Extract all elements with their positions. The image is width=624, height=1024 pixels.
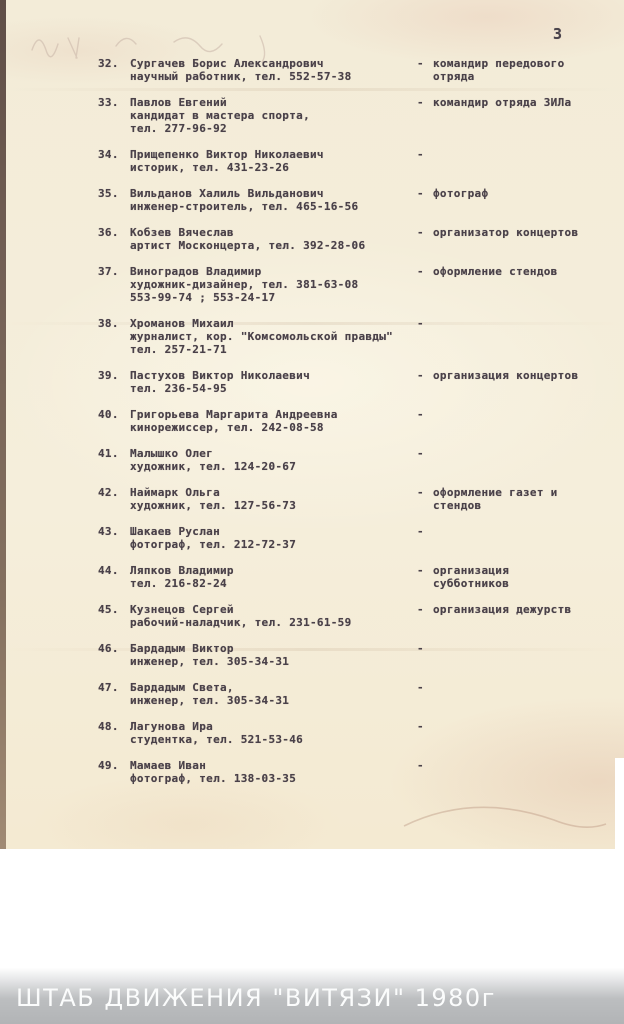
entry-dash: - — [417, 720, 433, 733]
entry-name: Мамаев Иван — [130, 759, 417, 772]
entry-number: 42. — [98, 486, 130, 499]
entry-person: Сургачев Борис Александрович научный раб… — [130, 57, 417, 83]
entry-number: 48. — [98, 720, 130, 733]
list-item: 44. Ляпков Владимир тел. 216-82-24 - орг… — [98, 564, 618, 590]
entry-number: 38. — [98, 317, 130, 330]
entry-detail: инженер-строитель, тел. 465-16-56 — [130, 200, 417, 213]
entry-role: фотограф — [433, 187, 591, 200]
list-item: 45. Кузнецов Сергей рабочий-наладчик, те… — [98, 603, 618, 629]
entry-person: Бардадым Виктор инженер, тел. 305-34-31 — [130, 642, 417, 668]
entry-number: 39. — [98, 369, 130, 382]
entry-dash: - — [417, 57, 433, 70]
entry-name: Бардадым Виктор — [130, 642, 417, 655]
list-item: 34. Прищепенко Виктор Николаевич историк… — [98, 148, 618, 174]
page-number: 3 — [553, 25, 562, 43]
entry-role: организатор концертов — [433, 226, 591, 239]
entry-number: 49. — [98, 759, 130, 772]
entry-name: Малышко Олег — [130, 447, 417, 460]
list-item: 37. Виноградов Владимир художник-дизайне… — [98, 265, 618, 304]
entry-number: 35. — [98, 187, 130, 200]
list-item: 38. Хроманов Михаил журналист, кор. "Ком… — [98, 317, 618, 356]
entry-dash: - — [417, 408, 433, 421]
list-item: 42. Наймарк Ольга художник, тел. 127-56-… — [98, 486, 618, 512]
entry-detail: художник-дизайнер, тел. 381-63-08 — [130, 278, 417, 291]
entry-detail: артист Москонцерта, тел. 392-28-06 — [130, 239, 417, 252]
entry-role: командир передового отряда — [433, 57, 591, 83]
entry-detail: фотограф, тел. 138-03-35 — [130, 772, 417, 785]
entry-number: 37. — [98, 265, 130, 278]
entry-dash: - — [417, 681, 433, 694]
entry-name: Кобзев Вячеслав — [130, 226, 417, 239]
entry-number: 44. — [98, 564, 130, 577]
entry-role: организация концертов — [433, 369, 591, 382]
entry-name: Сургачев Борис Александрович — [130, 57, 417, 70]
entry-person: Виноградов Владимир художник-дизайнер, т… — [130, 265, 417, 304]
caption-text: ШТАБ ДВИЖЕНИЯ "ВИТЯЗИ" 1980г — [16, 984, 624, 1012]
entry-dash: - — [417, 525, 433, 538]
entry-dash: - — [417, 447, 433, 460]
entry-dash: - — [417, 564, 433, 577]
entry-name: Ляпков Владимир — [130, 564, 417, 577]
entry-role: оформление стендов — [433, 265, 591, 278]
entry-dash: - — [417, 187, 433, 200]
photo-frame: 3 32. Сургачев Борис Александрович научн… — [0, 0, 624, 1024]
entry-name: Хроманов Михаил — [130, 317, 417, 330]
entry-role: командир отряда ЗИЛа — [433, 96, 591, 109]
entry-name: Бардадым Света, — [130, 681, 417, 694]
entry-name: Виноградов Владимир — [130, 265, 417, 278]
entry-detail: тел. 236-54-95 — [130, 382, 417, 395]
entry-detail: фотограф, тел. 212-72-37 — [130, 538, 417, 551]
entry-detail: художник, тел. 124-20-67 — [130, 460, 417, 473]
entry-name: Пастухов Виктор Николаевич — [130, 369, 417, 382]
entry-dash: - — [417, 226, 433, 239]
entry-name: Павлов Евгений — [130, 96, 417, 109]
entry-name: Прищепенко Виктор Николаевич — [130, 148, 417, 161]
list-item: 36. Кобзев Вячеслав артист Москонцерта, … — [98, 226, 618, 252]
entry-dash: - — [417, 317, 433, 330]
entry-person: Пастухов Виктор Николаевич тел. 236-54-9… — [130, 369, 417, 395]
entry-person: Бардадым Света, инженер, тел. 305-34-31 — [130, 681, 417, 707]
entry-person: Наймарк Ольга художник, тел. 127-56-73 — [130, 486, 417, 512]
entry-number: 46. — [98, 642, 130, 655]
entry-person: Павлов Евгений кандидат в мастера спорта… — [130, 96, 417, 135]
entry-detail: тел. 277-96-92 — [130, 122, 417, 135]
entry-name: Шакаев Руслан — [130, 525, 417, 538]
list-item: 40. Григорьева Маргарита Андреевна кинор… — [98, 408, 618, 434]
entry-person: Прищепенко Виктор Николаевич историк, те… — [130, 148, 417, 174]
entry-number: 47. — [98, 681, 130, 694]
entry-person: Малышко Олег художник, тел. 124-20-67 — [130, 447, 417, 473]
entry-number: 36. — [98, 226, 130, 239]
entry-name: Наймарк Ольга — [130, 486, 417, 499]
entry-person: Ляпков Владимир тел. 216-82-24 — [130, 564, 417, 590]
entry-detail: журналист, кор. "Комсомольской правды" — [130, 330, 417, 343]
entry-number: 43. — [98, 525, 130, 538]
list-item: 49. Мамаев Иван фотограф, тел. 138-03-35… — [98, 759, 618, 785]
entry-number: 32. — [98, 57, 130, 70]
paper-right-edge-gap — [615, 758, 624, 849]
list-item: 47. Бардадым Света, инженер, тел. 305-34… — [98, 681, 618, 707]
entry-number: 40. — [98, 408, 130, 421]
entry-person: Лагунова Ира студентка, тел. 521-53-46 — [130, 720, 417, 746]
entry-name: Лагунова Ира — [130, 720, 417, 733]
list-item: 35. Вильданов Халиль Вильданович инженер… — [98, 187, 618, 213]
entry-dash: - — [417, 486, 433, 499]
entry-detail: рабочий-наладчик, тел. 231-61-59 — [130, 616, 417, 629]
entry-dash: - — [417, 96, 433, 109]
entry-person: Григорьева Маргарита Андреевна кинорежис… — [130, 408, 417, 434]
list-item: 43. Шакаев Руслан фотограф, тел. 212-72-… — [98, 525, 618, 551]
entry-person: Вильданов Халиль Вильданович инженер-стр… — [130, 187, 417, 213]
list-item: 39. Пастухов Виктор Николаевич тел. 236-… — [98, 369, 618, 395]
entry-role: организация дежурств — [433, 603, 591, 616]
entry-person: Мамаев Иван фотограф, тел. 138-03-35 — [130, 759, 417, 785]
entry-dash: - — [417, 603, 433, 616]
entry-name: Григорьева Маргарита Андреевна — [130, 408, 417, 421]
entry-list: 32. Сургачев Борис Александрович научный… — [98, 57, 618, 798]
entry-number: 34. — [98, 148, 130, 161]
entry-detail: инженер, тел. 305-34-31 — [130, 694, 417, 707]
entry-detail: тел. 257-21-71 — [130, 343, 417, 356]
entry-detail: студентка, тел. 521-53-46 — [130, 733, 417, 746]
entry-person: Кузнецов Сергей рабочий-наладчик, тел. 2… — [130, 603, 417, 629]
entry-dash: - — [417, 369, 433, 382]
entry-detail: художник, тел. 127-56-73 — [130, 499, 417, 512]
list-item: 46. Бардадым Виктор инженер, тел. 305-34… — [98, 642, 618, 668]
entry-name: Вильданов Халиль Вильданович — [130, 187, 417, 200]
list-item: 48. Лагунова Ира студентка, тел. 521-53-… — [98, 720, 618, 746]
entry-role: оформление газет и стендов — [433, 486, 591, 512]
entry-role: организация субботников — [433, 564, 591, 590]
paper-left-edge — [0, 0, 6, 849]
entry-dash: - — [417, 265, 433, 278]
entry-detail: 553-99-74 ; 553-24-17 — [130, 291, 417, 304]
entry-detail: инженер, тел. 305-34-31 — [130, 655, 417, 668]
entry-number: 45. — [98, 603, 130, 616]
entry-detail: историк, тел. 431-23-26 — [130, 161, 417, 174]
entry-person: Кобзев Вячеслав артист Москонцерта, тел.… — [130, 226, 417, 252]
caption-bar: ШТАБ ДВИЖЕНИЯ "ВИТЯЗИ" 1980г — [0, 968, 624, 1024]
entry-dash: - — [417, 759, 433, 772]
entry-dash: - — [417, 642, 433, 655]
entry-detail: кинорежиссер, тел. 242-08-58 — [130, 421, 417, 434]
entry-person: Шакаев Руслан фотограф, тел. 212-72-37 — [130, 525, 417, 551]
scanned-document-page: 3 32. Сургачев Борис Александрович научн… — [0, 0, 624, 849]
entry-dash: - — [417, 148, 433, 161]
entry-detail: научный работник, тел. 552-57-38 — [130, 70, 417, 83]
entry-number: 41. — [98, 447, 130, 460]
entry-number: 33. — [98, 96, 130, 109]
list-item: 33. Павлов Евгений кандидат в мастера сп… — [98, 96, 618, 135]
entry-detail: кандидат в мастера спорта, — [130, 109, 417, 122]
list-item: 32. Сургачев Борис Александрович научный… — [98, 57, 618, 83]
entry-detail: тел. 216-82-24 — [130, 577, 417, 590]
entry-person: Хроманов Михаил журналист, кор. "Комсомо… — [130, 317, 417, 356]
list-item: 41. Малышко Олег художник, тел. 124-20-6… — [98, 447, 618, 473]
entry-name: Кузнецов Сергей — [130, 603, 417, 616]
